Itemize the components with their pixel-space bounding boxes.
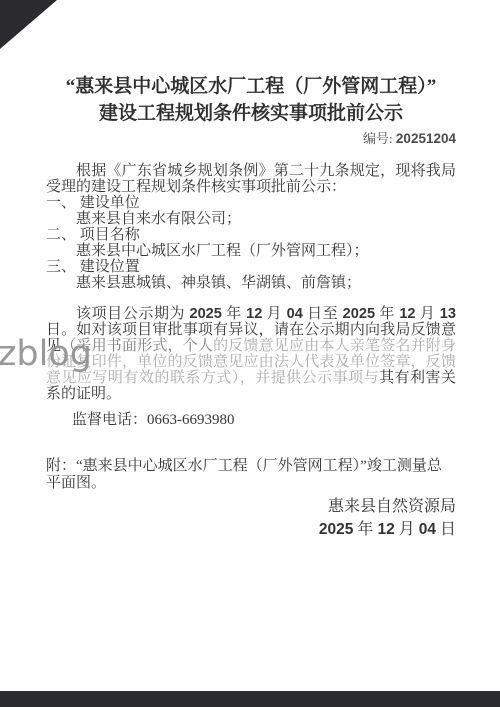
zblog-watermark: zblog [0,333,92,375]
item-1-label: 一、 建设单位 [46,195,456,211]
serial-value: 20251204 [396,131,456,146]
page-title-line1: “惠来县中心城区水厂工程（厂外管网工程）” [46,73,456,100]
intro-and-items-block: 根据《广东省城乡规划条例》第二十九条规定，现将我局受理的建设工程规划条件核实事项… [46,163,456,291]
intro-paragraph: 根据《广东省城乡规划条例》第二十九条规定，现将我局受理的建设工程规划条件核实事项… [46,163,456,195]
issuing-authority-signature: 惠来县自然资源局 [46,497,456,517]
item-3-value: 惠来县惠城镇、神泉镇、华湖镇、前詹镇； [46,275,456,291]
item-2-label: 二、 项目名称 [46,227,456,243]
bottom-bar-decoration [0,691,500,707]
item-2-value: 惠来县中心城区水厂工程（厂外管网工程）； [46,243,456,259]
serial-label: 编号: [363,131,393,146]
item-3-label: 三、 建设位置 [46,259,456,275]
supervision-phone-line: 监督电话：0663-6693980 [46,412,482,429]
attachment-line: 附：“惠来县中心城区水厂工程（厂外管网工程）”竣工测量总平面图。 [46,458,456,492]
item-1-value: 惠来县自来水有限公司； [46,211,456,227]
corner-fold-decoration [0,0,57,49]
publicity-period-paragraph: 该项目公示期为 2025 年 12 月 04 日至 2025 年 12 月 13… [46,306,456,402]
serial-number-line: 编号: 20251204 [46,130,456,148]
page-title-line2: 建设工程规划条件核实事项批前公示 [46,100,456,127]
page-title: “惠来县中心城区水厂工程（厂外管网工程）” 建设工程规划条件核实事项批前公示 [46,73,456,127]
notice-document-page: { "page": { "background": "#ffffff", "te… [0,0,500,707]
issue-date: 2025 年 12 月 04 日 [46,519,456,540]
